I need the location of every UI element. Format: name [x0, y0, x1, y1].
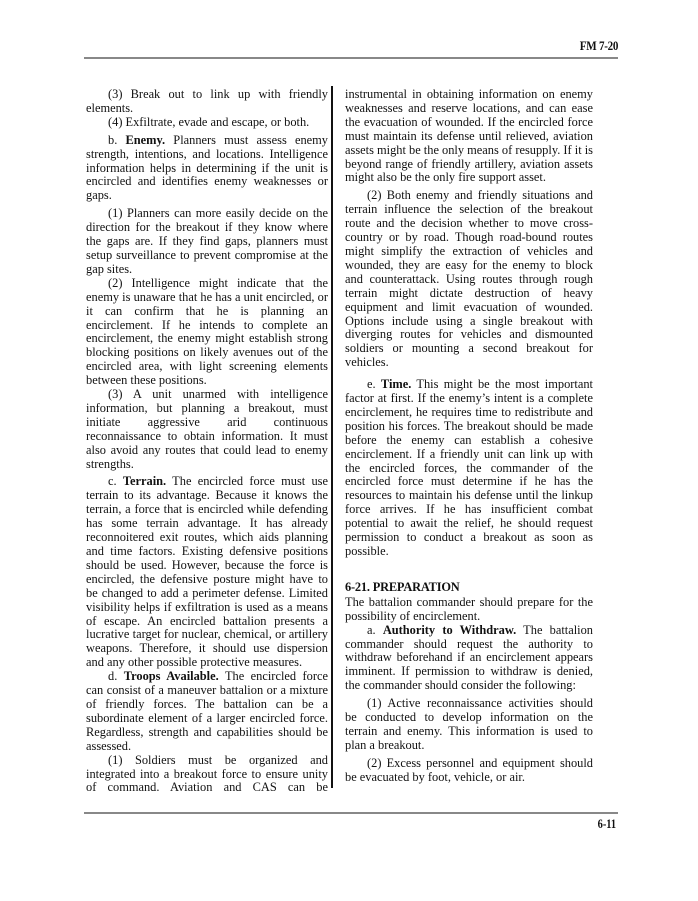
paragraph-heading: Troops Available.	[124, 669, 219, 683]
paragraph: (1) Planners can more easily decide on t…	[86, 207, 328, 277]
paragraph-heading: Time.	[381, 377, 411, 391]
footer-rule	[84, 812, 618, 814]
column-divider	[331, 86, 333, 788]
section-heading: 6-21. PREPARATION	[345, 581, 593, 595]
paragraph-heading: Enemy.	[126, 133, 166, 147]
paragraph-lead: c.	[108, 474, 123, 488]
paragraph: (4) Exfiltrate, evade and escape, or bot…	[86, 116, 328, 130]
paragraph: (2) Intelligence might indicate that the…	[86, 277, 328, 388]
section-intro: The battalion commander should prepare f…	[345, 596, 593, 624]
paragraph-heading: Terrain.	[123, 474, 166, 488]
paragraph-continued: instrumental in obtaining information on…	[345, 88, 593, 185]
paragraph-enemy: b. Enemy. Planners must assess enemy str…	[86, 134, 328, 204]
paragraph-time: e. Time. This might be the most importan…	[345, 378, 593, 559]
paragraph: (3) A unit unarmed with intelligence inf…	[86, 388, 328, 471]
paragraph-lead: d.	[108, 669, 124, 683]
header-rule	[84, 57, 618, 59]
paragraph-troops-available: d. Troops Available. The encircled force…	[86, 670, 328, 753]
paragraph-authority-to-withdraw: a. Authority to Withdraw. The battalion …	[345, 624, 593, 694]
paragraph-body: The encircled force must use terrain to …	[86, 474, 328, 669]
paragraph-lead: a.	[367, 623, 383, 637]
paragraph-heading: Authority to Withdraw.	[383, 623, 516, 637]
paragraph: (2) Both enemy and friendly situations a…	[345, 189, 593, 370]
manual-id-header: FM 7-20	[580, 38, 618, 54]
paragraph-body: This might be the most important factor …	[345, 377, 593, 558]
left-column: (3) Break out to link up with friendly e…	[86, 88, 328, 795]
paragraph: (1) Soldiers must be organized and integ…	[86, 754, 328, 796]
paragraph: (1) Active reconnaissance activities sho…	[345, 697, 593, 753]
paragraph-terrain: c. Terrain. The encircled force must use…	[86, 475, 328, 670]
paragraph-lead: e.	[367, 377, 381, 391]
paragraph-lead: b.	[108, 133, 126, 147]
paragraph: (2) Excess personnel and equipment shoul…	[345, 757, 593, 785]
paragraph: (3) Break out to link up with friendly e…	[86, 88, 328, 116]
page-number: 6-11	[598, 816, 617, 832]
right-column: instrumental in obtaining information on…	[345, 88, 593, 789]
